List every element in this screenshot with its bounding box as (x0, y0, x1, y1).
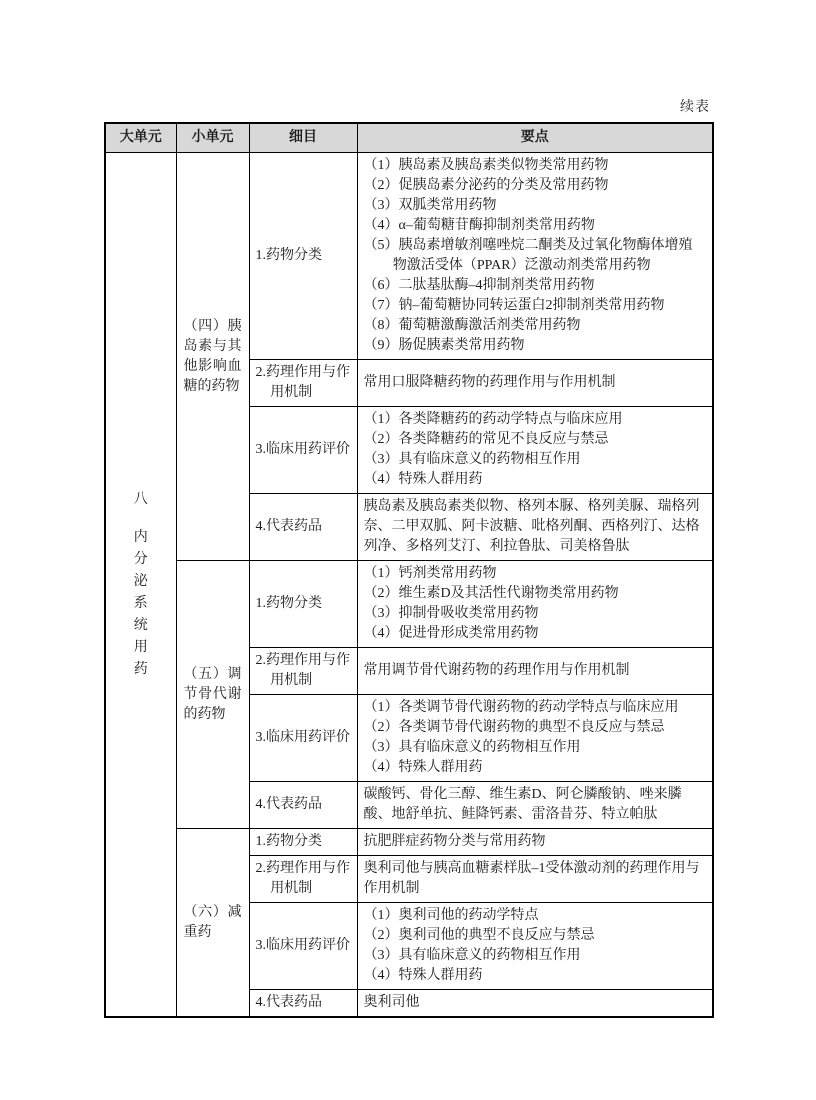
point-item: （1）钙剂类常用药物 (364, 564, 707, 584)
points-cell: （1）钙剂类常用药物 （2）维生素D及其活性代谢物类常用药物 （3）抑制骨吸收类… (357, 561, 713, 648)
table-row: （六）减重药 1.药物分类 抗肥胖症药物分类与常用药物 (105, 829, 713, 856)
detail-label: 1.药物分类 (256, 832, 351, 852)
detail-label: 4.代表药品 (256, 993, 351, 1013)
detail-label: 1.药物分类 (256, 594, 351, 614)
points-cell: 奥利司他 (357, 990, 713, 1018)
detail-label: 1.药物分类 (256, 246, 351, 266)
detail-cell: 1.药物分类 (249, 561, 357, 648)
detail-label: 3.临床用药评价 (256, 936, 351, 956)
point-item: 碳酸钙、骨化三醇、维生素D、阿仑膦酸钠、唑来膦酸、地舒单抗、鲑降钙素、雷洛昔芬、… (364, 785, 707, 825)
detail-cell: 4.代表药品 (249, 494, 357, 561)
point-item: （8）葡萄糖激酶激活剂类常用药物 (364, 316, 707, 336)
point-item: （6）二肽基肽酶–4抑制剂类常用药物 (364, 276, 707, 296)
point-item: （2）促胰岛素分泌药的分类及常用药物 (364, 176, 707, 196)
point-item: （2）维生素D及其活性代谢物类常用药物 (364, 584, 707, 604)
subunit-cell-6: （六）减重药 (176, 829, 249, 1018)
continued-table-label: 续表 (104, 96, 710, 116)
point-item: （9）肠促胰素类常用药物 (364, 336, 707, 356)
detail-label: 3.临床用药评价 (256, 728, 351, 748)
detail-cell: 4.代表药品 (249, 990, 357, 1018)
subunit-cell-5: （五）调节骨代谢的药物 (176, 561, 249, 829)
detail-label: 2.药理作用与作用机制 (256, 363, 351, 403)
point-item: （1）各类降糖药的药动学特点与临床应用 (364, 410, 707, 430)
detail-label: 3.临床用药评价 (256, 440, 351, 460)
point-item: （3）具有临床意义的药物相互作用 (364, 738, 707, 758)
point-item: （4）特殊人群用药 (364, 758, 707, 778)
detail-cell: 1.药物分类 (249, 153, 357, 360)
point-item: （1）奥利司他的药动学特点 (364, 906, 707, 926)
point-item: （3）抑制骨吸收类常用药物 (364, 604, 707, 624)
detail-cell: 3.临床用药评价 (249, 695, 357, 782)
points-cell: （1）胰岛素及胰岛素类似物类常用药物 （2）促胰岛素分泌药的分类及常用药物 （3… (357, 153, 713, 360)
detail-cell: 2.药理作用与作用机制 (249, 360, 357, 407)
unit-cell: 八 内分泌系统用药 (105, 153, 176, 1018)
unit-number: 八 (134, 489, 148, 511)
header-points: 要点 (357, 123, 713, 153)
subunit-cell-4: （四）胰岛素与其他影响血糖的药物 (176, 153, 249, 561)
unit-name: 内分泌系统用药 (133, 527, 148, 681)
detail-label: 2.药理作用与作用机制 (256, 859, 351, 899)
point-item: 常用调节骨代谢药物的药理作用与作用机制 (364, 661, 707, 681)
point-item: 胰岛素及胰岛素类似物、格列本脲、格列美脲、瑞格列奈、二甲双胍、阿卡波糖、吡格列酮… (364, 497, 707, 557)
point-item: （4）α–葡萄糖苷酶抑制剂类常用药物 (364, 216, 707, 236)
point-item: （2）奥利司他的典型不良反应与禁忌 (364, 926, 707, 946)
point-item: 奥利司他 (364, 993, 707, 1013)
header-subunit: 小单元 (176, 123, 249, 153)
unit-vertical-text: 八 内分泌系统用药 (106, 489, 176, 681)
point-item: 常用口服降糖药物的药理作用与作用机制 (364, 373, 707, 393)
table-row: 八 内分泌系统用药 （四）胰岛素与其他影响血糖的药物 1.药物分类 （1）胰岛素… (105, 153, 713, 360)
point-item: （4）特殊人群用药 (364, 966, 707, 986)
points-cell: 奥利司他与胰高血糖素样肽–1受体激动剂的药理作用与作用机制 (357, 856, 713, 903)
header-unit: 大单元 (105, 123, 176, 153)
detail-label: 4.代表药品 (256, 517, 351, 537)
detail-label: 2.药理作用与作用机制 (256, 651, 351, 691)
table-row: （五）调节骨代谢的药物 1.药物分类 （1）钙剂类常用药物 （2）维生素D及其活… (105, 561, 713, 648)
point-item: （4）促进骨形成类常用药物 (364, 624, 707, 644)
points-cell: 常用口服降糖药物的药理作用与作用机制 (357, 360, 713, 407)
points-cell: 胰岛素及胰岛素类似物、格列本脲、格列美脲、瑞格列奈、二甲双胍、阿卡波糖、吡格列酮… (357, 494, 713, 561)
point-item: （3）具有临床意义的药物相互作用 (364, 450, 707, 470)
document-page: 续表 大单元 小单元 细目 要点 八 内分泌系统用药 （四）胰岛 (104, 0, 712, 1018)
points-cell: 常用调节骨代谢药物的药理作用与作用机制 (357, 648, 713, 695)
point-item: （1）各类调节骨代谢药物的药动学特点与临床应用 (364, 698, 707, 718)
points-cell: （1）各类调节骨代谢药物的药动学特点与临床应用 （2）各类调节骨代谢药物的典型不… (357, 695, 713, 782)
detail-cell: 2.药理作用与作用机制 (249, 648, 357, 695)
point-item: （3）具有临床意义的药物相互作用 (364, 946, 707, 966)
point-item: （2）各类降糖药的常见不良反应与禁忌 (364, 430, 707, 450)
header-row: 大单元 小单元 细目 要点 (105, 123, 713, 153)
point-item: （5）胰岛素增敏剂噻唑烷二酮类及过氧化物酶体增殖物激活受体（PPAR）泛激动剂类… (364, 236, 707, 276)
points-cell: （1）奥利司他的药动学特点 （2）奥利司他的典型不良反应与禁忌 （3）具有临床意… (357, 903, 713, 990)
detail-cell: 3.临床用药评价 (249, 903, 357, 990)
point-item: 奥利司他与胰高血糖素样肽–1受体激动剂的药理作用与作用机制 (364, 859, 707, 899)
points-cell: 碳酸钙、骨化三醇、维生素D、阿仑膦酸钠、唑来膦酸、地舒单抗、鲑降钙素、雷洛昔芬、… (357, 782, 713, 829)
syllabus-table: 大单元 小单元 细目 要点 八 内分泌系统用药 （四）胰岛素与其他影响血糖的药物… (104, 122, 714, 1018)
point-item: （7）钠–葡萄糖协同转运蛋白2抑制剂类常用药物 (364, 296, 707, 316)
detail-cell: 3.临床用药评价 (249, 407, 357, 494)
detail-cell: 1.药物分类 (249, 829, 357, 856)
point-item: （1）胰岛素及胰岛素类似物类常用药物 (364, 156, 707, 176)
point-item: （4）特殊人群用药 (364, 470, 707, 490)
point-item: （3）双胍类常用药物 (364, 196, 707, 216)
detail-cell: 4.代表药品 (249, 782, 357, 829)
point-item: （2）各类调节骨代谢药物的典型不良反应与禁忌 (364, 718, 707, 738)
header-detail: 细目 (249, 123, 357, 153)
detail-cell: 2.药理作用与作用机制 (249, 856, 357, 903)
point-item: 抗肥胖症药物分类与常用药物 (364, 832, 707, 852)
detail-label: 4.代表药品 (256, 795, 351, 815)
points-cell: （1）各类降糖药的药动学特点与临床应用 （2）各类降糖药的常见不良反应与禁忌 （… (357, 407, 713, 494)
points-cell: 抗肥胖症药物分类与常用药物 (357, 829, 713, 856)
